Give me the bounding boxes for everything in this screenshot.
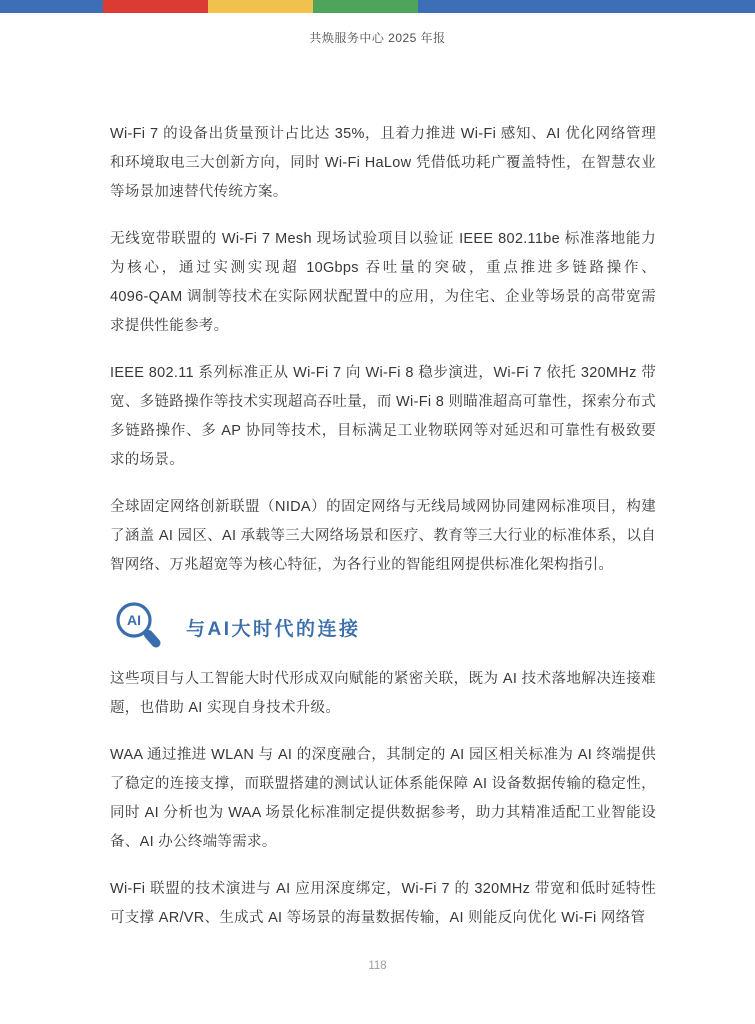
paragraph: 这些项目与人工智能大时代形成双向赋能的紧密关联，既为 AI 技术落地解决连接难题… [110,665,656,723]
ai-icon-label: AI [127,612,141,628]
top-bar-segment-blue-left [0,0,103,13]
page-number: 118 [0,960,755,972]
paragraph: 无线宽带联盟的 Wi-Fi 7 Mesh 现场试验项目以验证 IEEE 802.… [110,225,656,341]
top-bar-segment-green [313,0,418,13]
top-bar-segment-blue-right [418,0,755,13]
top-color-bar [0,0,755,13]
page-body: Wi-Fi 7 的设备出货量预计占比达 35%，且着力推进 Wi-Fi 感知、A… [110,120,656,951]
paragraph: WAA 通过推进 WLAN 与 AI 的深度融合，其制定的 AI 园区相关标准为… [110,741,656,857]
top-bar-segment-red [103,0,208,13]
paragraph: Wi-Fi 联盟的技术演进与 AI 应用深度绑定，Wi-Fi 7 的 320MH… [110,875,656,933]
top-bar-segment-yellow [208,0,313,13]
ai-magnifier-icon: AI [110,598,170,656]
report-header-title: 共焕服务中心 2025 年报 [0,30,755,46]
paragraph: 全球固定网络创新联盟（NIDA）的固定网络与无线局域网协同建网标准项目，构建了涵… [110,493,656,580]
paragraph: IEEE 802.11 系列标准正从 Wi-Fi 7 向 Wi-Fi 8 稳步演… [110,359,656,475]
section-heading: AI 与AI大时代的连接 [110,598,656,656]
paragraph: Wi-Fi 7 的设备出货量预计占比达 35%，且着力推进 Wi-Fi 感知、A… [110,120,656,207]
section-heading-label: 与AI大时代的连接 [186,614,361,641]
